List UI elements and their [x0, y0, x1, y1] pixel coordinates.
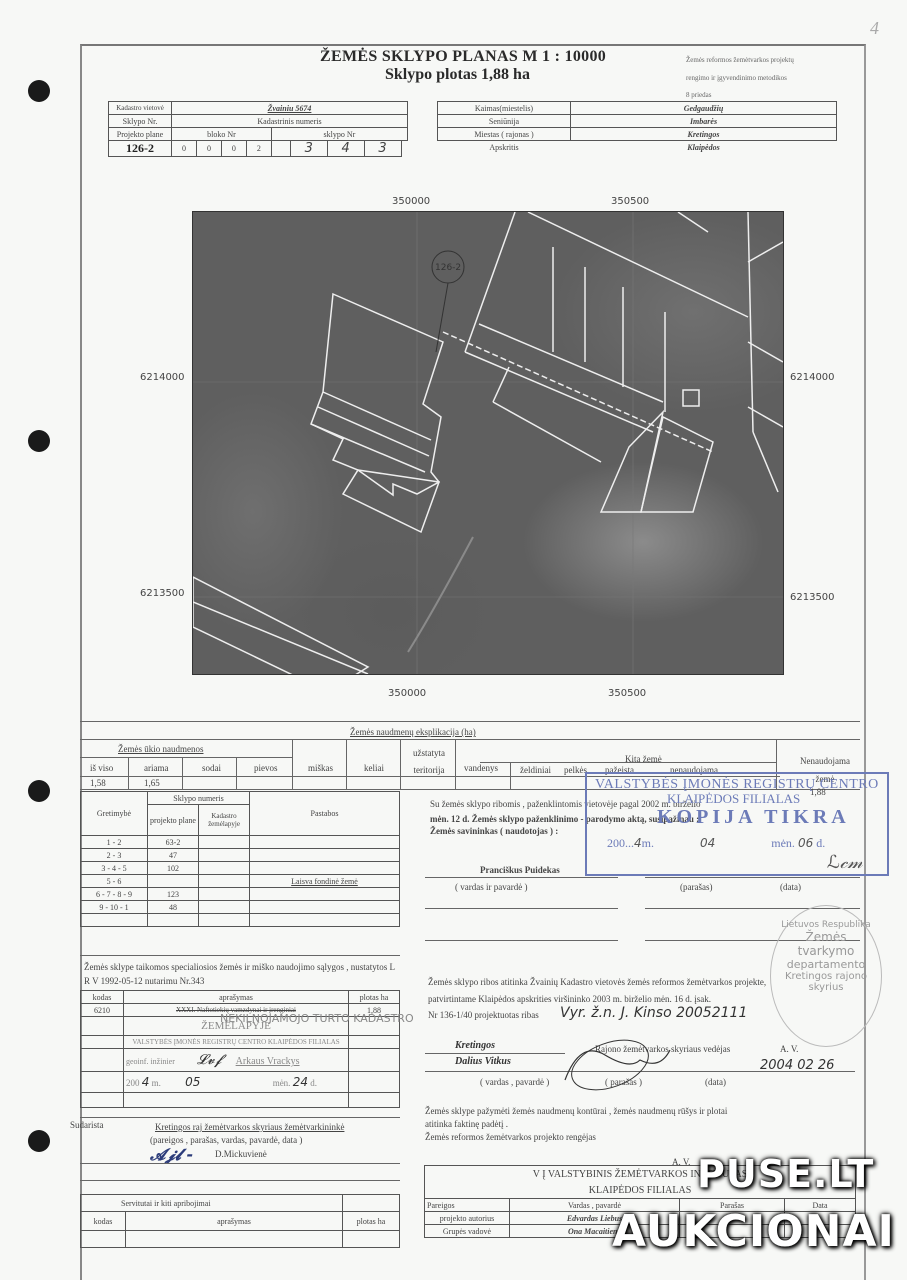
- table-row: 1 - 263-2: [81, 836, 400, 849]
- aerial-map: 126-2: [192, 211, 784, 675]
- value-is-viso: 1,58: [90, 778, 106, 788]
- pastabos-cell: [250, 849, 400, 862]
- location-value: Imbarės: [571, 115, 837, 128]
- explication-title: Žemės naudmenų eksplikacija (ha): [350, 727, 476, 737]
- header-kadastro: Kadastro žemėlapyje: [199, 805, 250, 836]
- cadastre-table: Kadastro vietovė Žvainiu 5674 Sklypo Nr.…: [108, 101, 408, 157]
- parcel-boundaries: 126-2: [193, 212, 783, 674]
- plot-label: 126-2: [435, 263, 461, 273]
- approval-date-caption: (data): [705, 1077, 726, 1087]
- col-sodai: sodai: [202, 763, 221, 773]
- kadastro-cell: [199, 875, 250, 888]
- appendix-note-3: 8 priedas: [686, 91, 711, 99]
- kadastro-cell: [199, 849, 250, 862]
- appendix-note-2: rengimo ir įgyvendinimo metodikos: [686, 74, 787, 82]
- vietove-label: Kadastro vietovė: [109, 102, 172, 115]
- compiled-name: D.Mickuvienė: [215, 1149, 267, 1159]
- owner-date-caption: (data): [780, 882, 801, 892]
- col-is-viso: iš viso: [90, 763, 113, 773]
- pastabos-cell: [250, 888, 400, 901]
- location-label: Apskritis: [438, 141, 571, 154]
- geoinf-day: 24: [293, 1075, 308, 1089]
- approval-handwritten-note: Vyr. ž.n. J. Kinso 20052111: [560, 1005, 747, 1021]
- special-conditions-table: kodas aprašymas plotas ha 6210 XXXI. Naf…: [80, 990, 400, 1108]
- gretimybe-cell: 6 - 7 - 8 - 9: [81, 888, 148, 901]
- col-vandenys: vandenys: [464, 763, 498, 773]
- location-label: Kaimas(miestelis): [438, 102, 571, 115]
- projekto-cell: [148, 875, 199, 888]
- col-kodas: kodas: [81, 991, 124, 1004]
- punch-hole: [28, 780, 50, 802]
- gretimybe-cell: 1 - 2: [81, 836, 148, 849]
- copy-stamp: VALSTYBĖS ĮMONĖS REGISTRŲ CENTRO KLAIPĖD…: [585, 772, 889, 876]
- bloko-digit: 0: [221, 141, 246, 157]
- round-stamp-line: Žemės: [771, 930, 881, 944]
- gretimybe-cell: 5 - 6: [81, 875, 148, 888]
- stamp-men-label: mėn.: [771, 836, 795, 850]
- round-stamp-line: departamento: [771, 958, 881, 971]
- stamp-signature-icon: ℒ𝒸𝓂: [827, 852, 862, 873]
- stamp-d-label: d.: [816, 836, 825, 850]
- projekto-cell: 102: [148, 862, 199, 875]
- geoinf-date-prefix: 200: [126, 1078, 140, 1088]
- location-table: Kaimas(miestelis)Gedgaudžių SeniūnijaImb…: [437, 101, 837, 153]
- approval-line2: patvirtintame Klaipėdos apskrities virši…: [428, 994, 711, 1004]
- stamp-day: 06: [798, 836, 813, 850]
- kadastro-cell: [199, 888, 250, 901]
- geoinf-men-label: mėn.: [273, 1078, 291, 1088]
- col-plotas: plotas ha: [343, 1212, 400, 1231]
- appendix-note-1: Žemės reformos žemėtvarkos projektų: [686, 56, 794, 64]
- table-row: 2 - 347: [81, 849, 400, 862]
- col-pelkes: pelkės: [564, 765, 587, 775]
- owner-name-caption: ( vardas ir pavardė ): [455, 882, 527, 892]
- geoinf-role: geoinf. inžinier: [126, 1057, 175, 1066]
- bloko-digit: 0: [196, 141, 221, 157]
- table-row: 5 - 6Laisva fondinė žemė: [81, 875, 400, 888]
- map-y-tick-left: 6213500: [140, 588, 185, 599]
- col-uzstatyta: užstatyta teritorija: [404, 745, 454, 779]
- approval-line1: Žemės sklypo ribos atitinka Žvainių Kada…: [428, 977, 766, 987]
- punch-hole: [28, 80, 50, 102]
- sklypo-digit: 4: [327, 141, 364, 157]
- approval-name-caption: ( vardas , pavardė ): [480, 1077, 549, 1087]
- round-stamp-line: skyrius: [771, 982, 881, 993]
- owner-name: Pranciškus Puidekas: [480, 865, 560, 875]
- map-x-tick-bottom: 350500: [608, 688, 646, 699]
- document-title: ŽEMĖS SKLYPO PLANAS M 1 : 10000: [320, 48, 606, 66]
- stamp-month: 04: [700, 836, 715, 850]
- pastabos-cell: [250, 901, 400, 914]
- special-conditions-header: Žemės sklype taikomos specialiosios žemė…: [84, 960, 399, 988]
- map-x-tick-bottom: 350000: [388, 688, 426, 699]
- gretimybe-cell: 3 - 4 - 5: [81, 862, 148, 875]
- sklypo-nr-label: Sklypo Nr.: [109, 115, 172, 128]
- servitudes-table: Servitutai ir kiti apribojimai kodas apr…: [80, 1194, 400, 1248]
- col-aprasymas: aprašymas: [124, 991, 349, 1004]
- location-value: Klaipėdos: [571, 141, 837, 154]
- projekto-cell: 48: [148, 901, 199, 914]
- location-value: Kretingos: [571, 128, 837, 141]
- projekto-cell: 63-2: [148, 836, 199, 849]
- punch-hole: [28, 430, 50, 452]
- col-keliai: keliai: [364, 763, 384, 773]
- pareigos-cell: projekto autorius: [425, 1212, 510, 1225]
- watermark-line1: PUSE.LT: [697, 1152, 874, 1196]
- pareigos-cell: Grupės vadovė: [425, 1225, 510, 1238]
- map-y-tick-right: 6213500: [790, 592, 835, 603]
- gretimybe-cell: 9 - 10 - 1: [81, 901, 148, 914]
- col-plotas: plotas ha: [349, 991, 400, 1004]
- approval-name: Dalius Vitkus: [455, 1056, 511, 1067]
- round-stamp-line: Lietuvos Respublika: [771, 920, 881, 930]
- pastabos-cell: [250, 862, 400, 875]
- cadastre-stamp-line: NEKILNOJAMOJO TURTO KADASTRO: [220, 1012, 414, 1025]
- compiled-caption: (pareigos , parašas, vardas, pavardė, da…: [150, 1135, 302, 1145]
- value-ariama: 1,65: [144, 778, 160, 788]
- kadastro-cell: [199, 836, 250, 849]
- sklypo-digit: 3: [364, 141, 401, 157]
- bloko-digit: 2: [246, 141, 271, 157]
- geoinf-signer: Arkaus Vrackys: [236, 1056, 300, 1067]
- stamp-year: 4: [634, 836, 642, 850]
- geoinf-m-label: m.: [152, 1078, 161, 1088]
- location-value: Gedgaudžių: [571, 102, 837, 115]
- kadastrinis-label: Kadastrinis numeris: [172, 115, 408, 128]
- table-row: 3 - 4 - 5102: [81, 862, 400, 875]
- vietove-value: Žvainiu 5674: [172, 102, 408, 115]
- gretimybe-cell: 2 - 3: [81, 849, 148, 862]
- map-x-tick-top: 350000: [392, 196, 430, 207]
- header-sklypo-numeris: Sklypo numeris: [148, 792, 250, 805]
- col-kodas: kodas: [81, 1212, 126, 1231]
- col-miskas: miškas: [308, 763, 333, 773]
- table-row: 9 - 10 - 148: [81, 901, 400, 914]
- page-marker: 4: [870, 18, 879, 39]
- contours-line2: atitinka faktinę padėtį .: [425, 1119, 508, 1129]
- kadastro-cell: [199, 862, 250, 875]
- location-label: Miestas ( rajonas ): [438, 128, 571, 141]
- geoinf-month: 05: [185, 1075, 200, 1089]
- compiled-line1: Kretingos raj žemėtvarkos skyriaus žemėt…: [155, 1122, 344, 1132]
- stamp-line3: KOPIJA TIKRA: [657, 806, 850, 829]
- pastabos-cell: [250, 836, 400, 849]
- sklypo-nr-sub-label: sklypo Nr: [271, 128, 407, 141]
- stamp-m-label: m.: [642, 836, 654, 850]
- cadastre-stamp-line: VALSTYBĖS ĮMONĖS REGISTRŲ CENTRO KLAIPĖD…: [124, 1036, 349, 1049]
- projekto-cell: 123: [148, 888, 199, 901]
- ukio-header: Žemės ūkio naudmenos: [118, 744, 203, 754]
- map-y-tick-left: 6214000: [140, 372, 185, 383]
- approval-rajonas: Kretingos: [455, 1040, 495, 1051]
- geoinf-signature-icon: 𝓛𝓿𝓯: [197, 1052, 222, 1068]
- stamp-line2: KLAIPĖDOS FILIALAS: [667, 791, 800, 807]
- watermark-line2: AUKCIONAI: [612, 1206, 895, 1257]
- table-row: 6 - 7 - 8 - 9123: [81, 888, 400, 901]
- header-pastabos: Pastabos: [250, 792, 400, 836]
- round-stamp: Lietuvos Respublika Žemės tvarkymo depar…: [770, 905, 882, 1047]
- contours-line1: Žemės sklype pažymėti žemės naudmenų kon…: [425, 1106, 727, 1116]
- contours-line3: Žemės reformos žemėtvarkos projekto reng…: [425, 1132, 596, 1142]
- map-x-tick-top: 350500: [611, 196, 649, 207]
- round-stamp-line: tvarkymo: [771, 944, 881, 958]
- bloko-nr-label: bloko Nr: [172, 128, 272, 141]
- geoinf-d-label: d.: [310, 1078, 317, 1088]
- plot-area-title: Sklypo plotas 1,88 ha: [385, 66, 530, 84]
- approval-av: A. V.: [780, 1044, 798, 1054]
- projekto-plane-label: Projekto plane: [109, 128, 172, 141]
- header-projekto-plane: projekto plane: [148, 805, 199, 836]
- stamp-date-prefix: 200...: [607, 836, 634, 850]
- compiled-label: Sudarista: [70, 1120, 104, 1130]
- owner-signature-caption: (parašas): [680, 882, 712, 892]
- col-pareigos: Pareigos: [425, 1199, 510, 1212]
- servitudes-header: Servitutai ir kiti apribojimai: [81, 1195, 343, 1212]
- projekto-cell: 47: [148, 849, 199, 862]
- kodas-cell: 6210: [81, 1004, 124, 1017]
- col-zeldiniai: želdiniai: [520, 765, 551, 775]
- sklypo-digit: 3: [290, 141, 327, 157]
- col-ariama: ariama: [144, 763, 168, 773]
- col-pievos: pievos: [254, 763, 278, 773]
- col-aprasymas: aprašymas: [126, 1212, 343, 1231]
- project-plot-number: 126-2: [109, 141, 172, 157]
- approval-signature-icon: [560, 1030, 680, 1100]
- approval-line3: Nr 136-1/40 projektuotas ribas: [428, 1010, 539, 1020]
- geoinf-year: 4: [142, 1075, 150, 1089]
- pastabos-cell: Laisva fondinė žemė: [250, 875, 400, 888]
- location-label: Seniūnija: [438, 115, 571, 128]
- header-gretimybe: Gretimybė: [81, 792, 148, 836]
- kadastro-cell: [199, 901, 250, 914]
- neighbors-table: Gretimybė Sklypo numeris Pastabos projek…: [80, 791, 400, 927]
- bloko-digit: 0: [172, 141, 197, 157]
- compiled-signature-icon: 𝓐𝓳𝓵 -: [150, 1145, 193, 1165]
- map-y-tick-right: 6214000: [790, 372, 835, 383]
- round-stamp-line: Kretingos rajono: [771, 971, 881, 982]
- boundary-line3: Žemės savininkas ( naudotojas ) :: [430, 826, 558, 836]
- punch-hole: [28, 1130, 50, 1152]
